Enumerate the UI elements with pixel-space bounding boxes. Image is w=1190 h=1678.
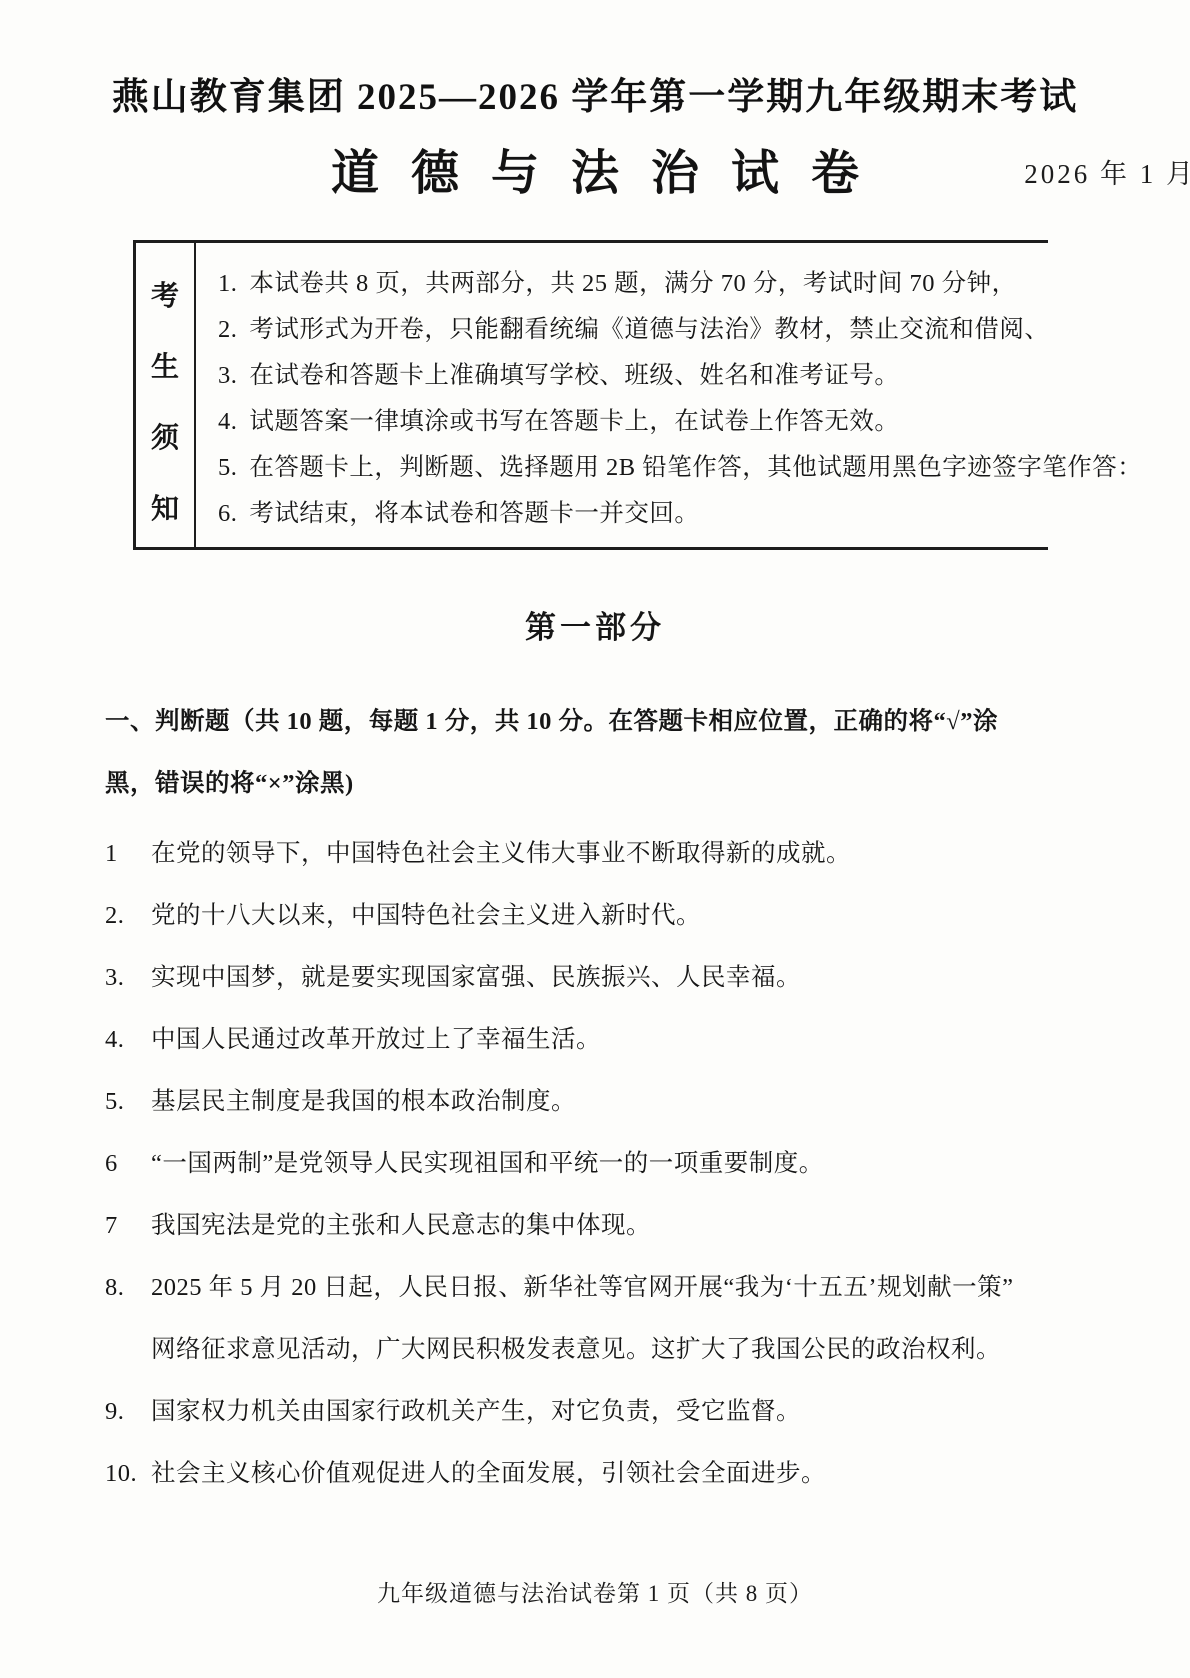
question-list: 1 在党的领导下，中国特色社会主义伟大事业不断取得新的成就。 2. 党的十八大以…	[105, 823, 1017, 1505]
question-row: 8. 2025 年 5 月 20 日起，人民日报、新华社等官网开展“我为‘十五五…	[105, 1257, 1017, 1381]
question-row: 7 我国宪法是党的主张和人民意志的集中体现。	[105, 1195, 1017, 1257]
question-text: “一国两制”是党领导人民实现祖国和平统一的一项重要制度。	[151, 1133, 1017, 1195]
question-number: 1	[105, 823, 151, 885]
notice-item-number: 5.	[218, 445, 237, 491]
question-row: 1 在党的领导下，中国特色社会主义伟大事业不断取得新的成就。	[105, 823, 1017, 885]
question-row: 2. 党的十八大以来，中国特色社会主义进入新时代。	[105, 885, 1017, 947]
question-text: 社会主义核心价值观促进人的全面发展，引领社会全面进步。	[151, 1443, 1017, 1505]
question-text: 党的十八大以来，中国特色社会主义进入新时代。	[151, 885, 1017, 947]
question-row: 10. 社会主义核心价值观促进人的全面发展，引领社会全面进步。	[105, 1443, 1017, 1505]
question-number: 2.	[105, 885, 151, 947]
question-text: 在党的领导下，中国特色社会主义伟大事业不断取得新的成就。	[151, 823, 1017, 885]
exam-date: 2026 年 1 月	[1024, 152, 1190, 191]
question-row: 9. 国家权力机关由国家行政机关产生，对它负责，受它监督。	[105, 1381, 1017, 1443]
exam-paper-page: 燕山教育集团 2025—2026 学年第一学期九年级期末考试 道德与法治试卷 2…	[0, 0, 1190, 1678]
notice-side-char: 考	[151, 274, 179, 314]
subtitle-row: 道德与法治试卷 2026 年 1 月	[0, 134, 1190, 206]
question-number: 3.	[105, 947, 151, 1009]
notice-item-list: 1. 本试卷共 8 页，共两部分，共 25 题，满分 70 分，考试时间 70 …	[196, 243, 1150, 547]
question-text: 我国宪法是党的主张和人民意志的集中体现。	[151, 1195, 1017, 1257]
exam-title: 燕山教育集团 2025—2026 学年第一学期九年级期末考试	[0, 66, 1190, 120]
notice-side-label: 考 生 须 知	[136, 243, 196, 547]
question-row: 5. 基层民主制度是我国的根本政治制度。	[105, 1071, 1017, 1133]
question-text: 基层民主制度是我国的根本政治制度。	[151, 1071, 1017, 1133]
notice-item-text: 在答题卡上，判断题、选择题用 2B 铅笔作答，其他试题用黑色字迹签字笔作答：	[249, 445, 1142, 491]
notice-item-number: 2.	[218, 307, 237, 353]
question-number: 4.	[105, 1009, 151, 1071]
notice-item-number: 3.	[218, 353, 237, 399]
question-number: 9.	[105, 1381, 151, 1443]
question-number: 10.	[105, 1443, 151, 1505]
question-text: 中国人民通过改革开放过上了幸福生活。	[151, 1009, 1017, 1071]
exam-subject-title: 道德与法治试卷	[0, 134, 1190, 203]
section-instruction: 一、判断题（共 10 题，每题 1 分，共 10 分。在答题卡相应位置，正确的将…	[105, 691, 1017, 815]
question-row: 3. 实现中国梦，就是要实现国家富强、民族振兴、人民幸福。	[105, 947, 1017, 1009]
notice-side-char: 须	[151, 416, 179, 456]
notice-item-number: 6.	[218, 491, 237, 537]
notice-item: 4. 试题答案一律填涂或书写在答题卡上，在试卷上作答无效。	[218, 399, 1142, 445]
notice-item-number: 1.	[218, 261, 237, 307]
question-number: 7	[105, 1195, 151, 1257]
notice-item-text: 试题答案一律填涂或书写在答题卡上，在试卷上作答无效。	[249, 399, 899, 445]
question-number: 8.	[105, 1257, 151, 1381]
notice-side-char: 生	[151, 345, 179, 385]
question-text: 2025 年 5 月 20 日起，人民日报、新华社等官网开展“我为‘十五五’规划…	[151, 1257, 1017, 1381]
question-row: 6 “一国两制”是党领导人民实现祖国和平统一的一项重要制度。	[105, 1133, 1017, 1195]
question-number: 6	[105, 1133, 151, 1195]
notice-item-text: 本试卷共 8 页，共两部分，共 25 题，满分 70 分，考试时间 70 分钟，	[249, 261, 1016, 307]
notice-item: 1. 本试卷共 8 页，共两部分，共 25 题，满分 70 分，考试时间 70 …	[218, 261, 1142, 307]
question-text: 国家权力机关由国家行政机关产生，对它负责，受它监督。	[151, 1381, 1017, 1443]
question-row: 4. 中国人民通过改革开放过上了幸福生活。	[105, 1009, 1017, 1071]
notice-item-text: 考试形式为开卷，只能翻看统编《道德与法治》教材，禁止交流和借阅、	[249, 307, 1049, 353]
notice-side-char: 知	[151, 487, 179, 527]
notice-item: 5. 在答题卡上，判断题、选择题用 2B 铅笔作答，其他试题用黑色字迹签字笔作答…	[218, 445, 1142, 491]
notice-item: 2. 考试形式为开卷，只能翻看统编《道德与法治》教材，禁止交流和借阅、	[218, 307, 1142, 353]
notice-item-text: 考试结束，将本试卷和答题卡一并交回。	[249, 491, 699, 537]
notice-item: 3. 在试卷和答题卡上准确填写学校、班级、姓名和准考证号。	[218, 353, 1142, 399]
page-footer: 九年级道德与法治试卷第 1 页（共 8 页）	[0, 1575, 1190, 1608]
examinee-notice-box: 考 生 须 知 1. 本试卷共 8 页，共两部分，共 25 题，满分 70 分，…	[133, 240, 1048, 550]
notice-item-number: 4.	[218, 399, 237, 445]
question-number: 5.	[105, 1071, 151, 1133]
part-one-heading: 第一部分	[0, 602, 1190, 647]
notice-item: 6. 考试结束，将本试卷和答题卡一并交回。	[218, 491, 1142, 537]
notice-item-text: 在试卷和答题卡上准确填写学校、班级、姓名和准考证号。	[249, 353, 899, 399]
question-text: 实现中国梦，就是要实现国家富强、民族振兴、人民幸福。	[151, 947, 1017, 1009]
